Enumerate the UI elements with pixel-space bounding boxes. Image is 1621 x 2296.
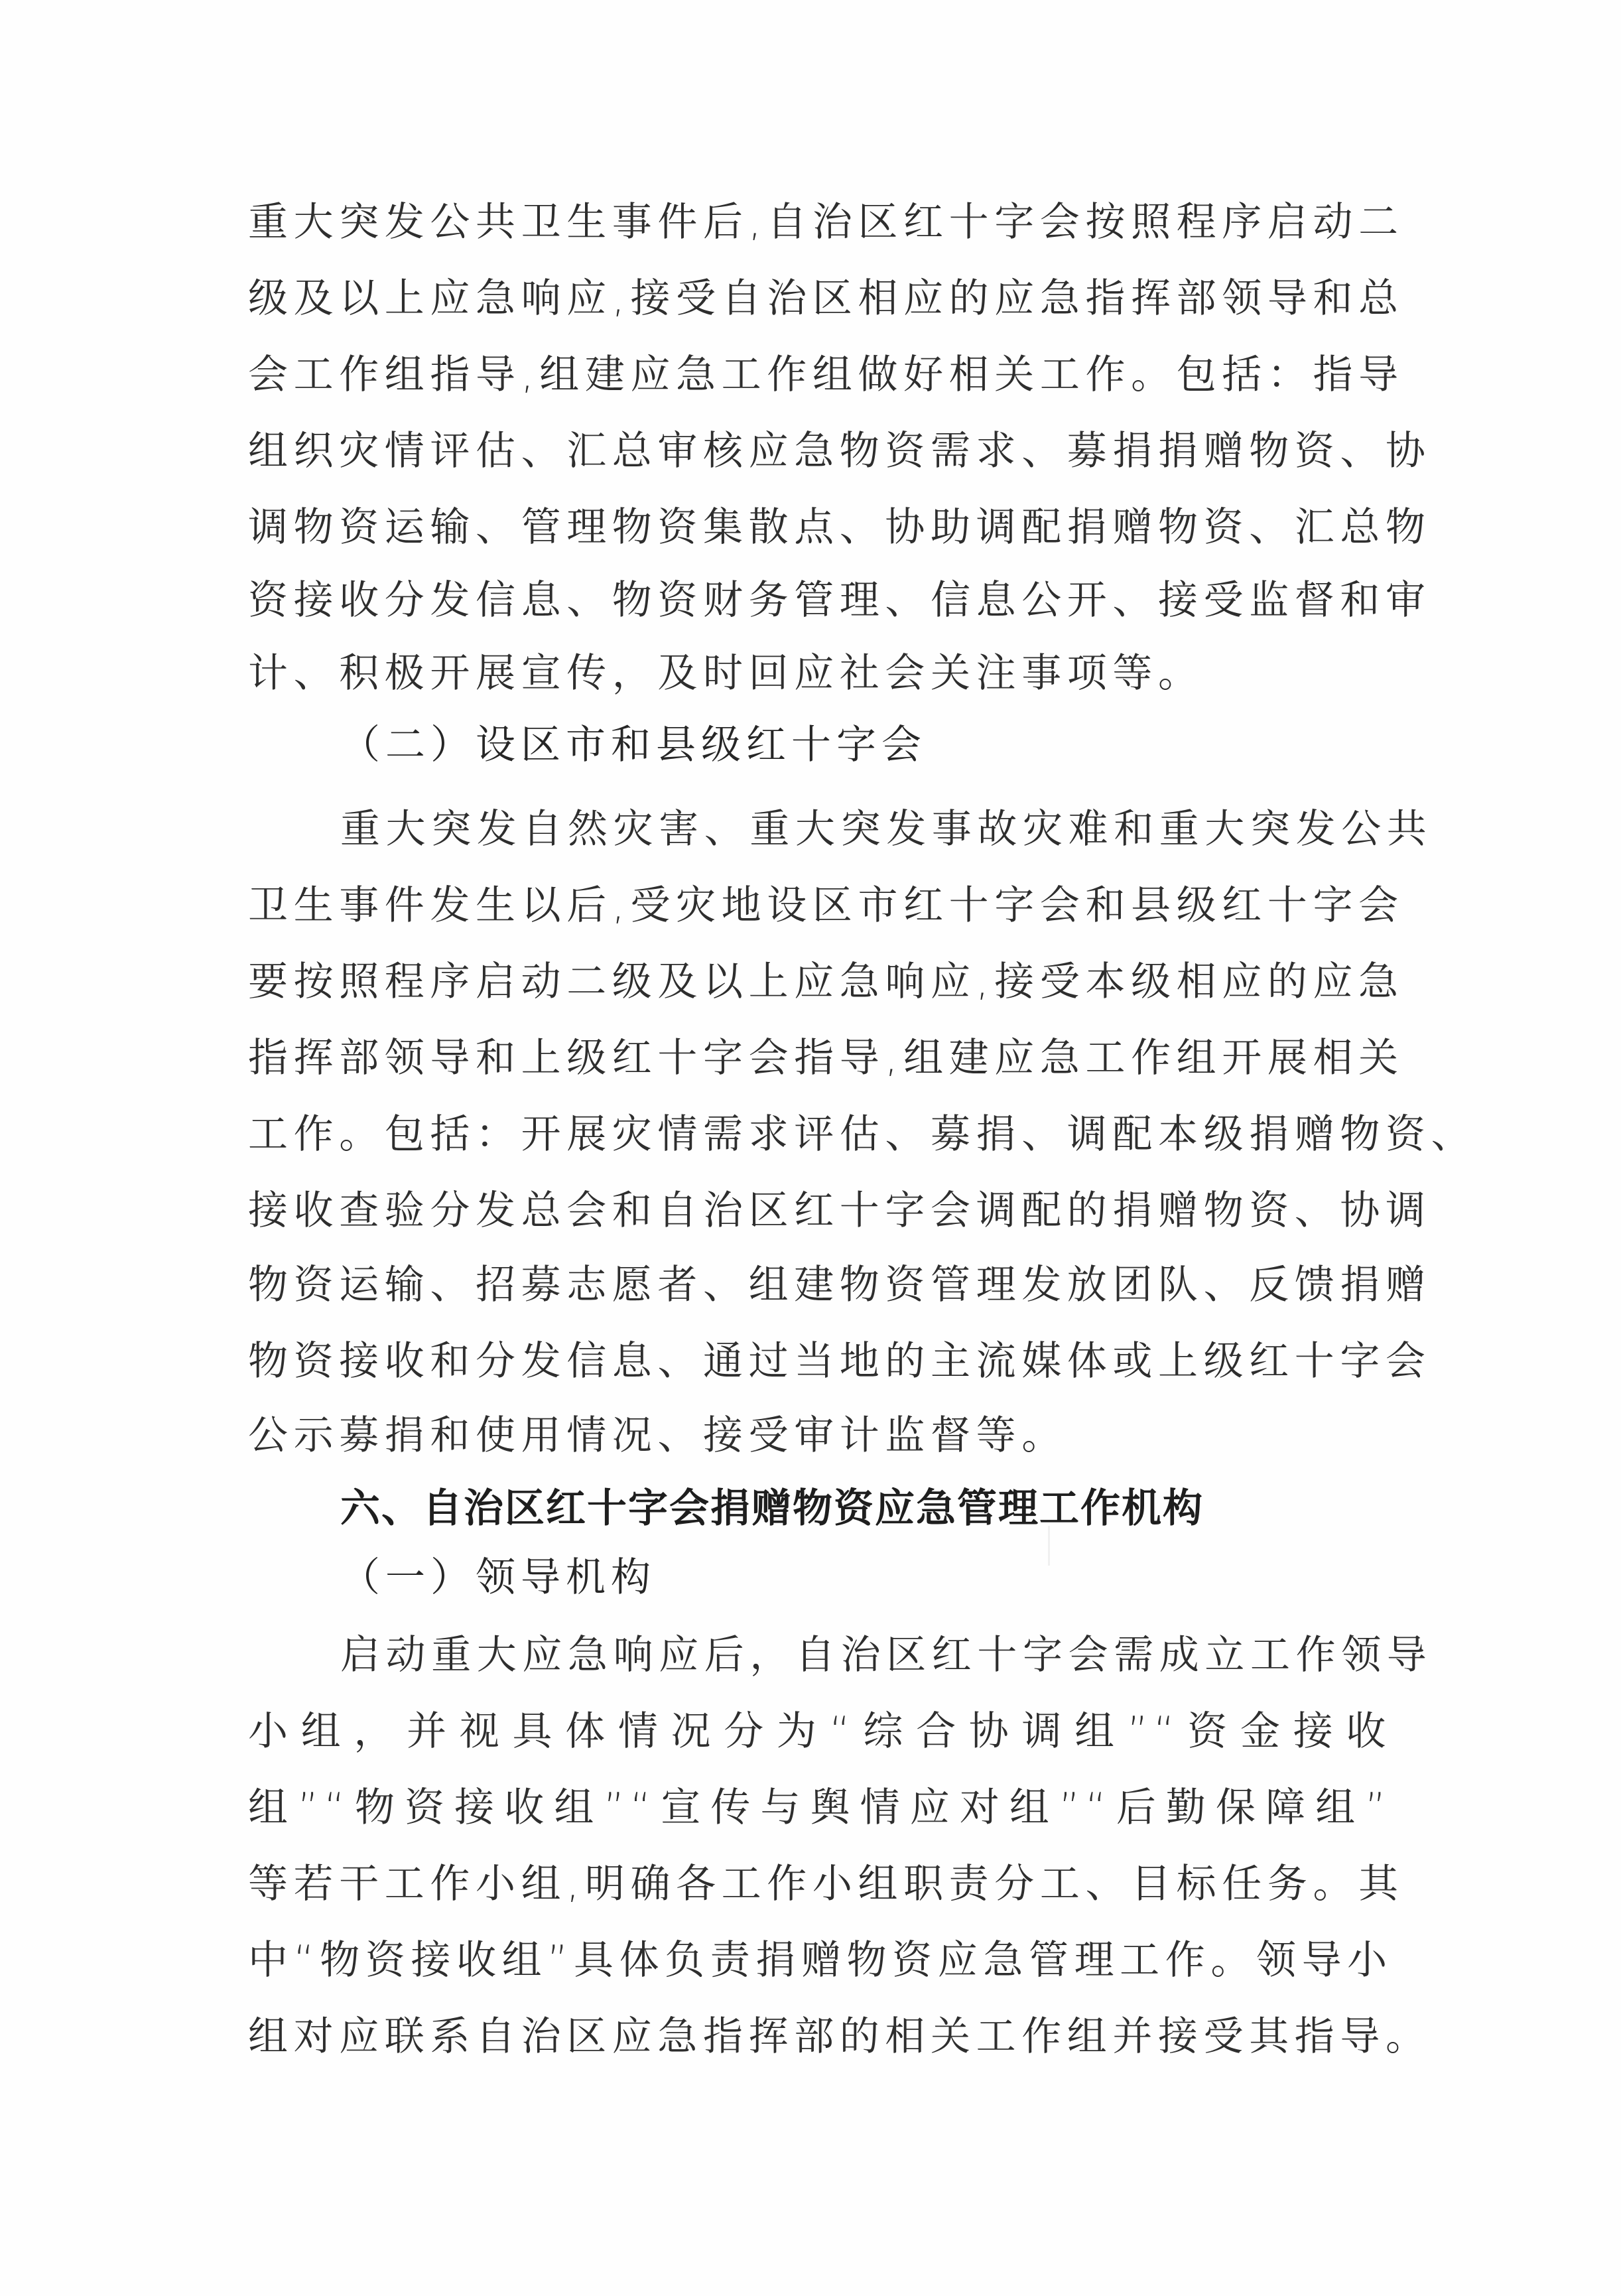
paragraph-line: 组对应联系自治区应急指挥部的相关工作组并接受其指导。 <box>248 2010 1392 2063</box>
paragraph-line: 资接收分发信息、物资财务管理、信息公开、接受监督和审 <box>248 574 1392 627</box>
paragraph-line: 计、积极开展宣传，及时回应社会关注事项等。 <box>248 647 1392 700</box>
section-heading-6: 六、自治区红十字会捐赠物资应急管理工作机构 <box>340 1481 1204 1536</box>
paragraph-line: 会工作组指导,组建应急工作组做好相关工作。包括：指导 <box>248 348 1392 401</box>
scan-artifact <box>1048 1526 1050 1566</box>
paragraph-line: 组织灾情评估、汇总审核应急物资需求、募捐捐赠物资、协 <box>248 425 1392 478</box>
paragraph-line: 中“物资接收组”具体负责捐赠物资应急管理工作。领导小 <box>248 1934 1392 1987</box>
paragraph-line: 物资运输、招募志愿者、组建物资管理发放团队、反馈捐赠 <box>248 1258 1392 1312</box>
paragraph-line: 组”“物资接收组”“宣传与舆情应对组”“后勤保障组” <box>248 1781 1392 1834</box>
paragraph-line: 启动重大应急响应后，自治区红十字会需成立工作领导 <box>340 1629 1392 1682</box>
subheading-municipal-county-red-cross: （二）设区市和县级红十字会 <box>340 718 927 772</box>
paragraph-line: 重大突发公共卫生事件后,自治区红十字会按照程序启动二 <box>248 196 1392 249</box>
paragraph-line: 指挥部领导和上级红十字会指导,组建应急工作组开展相关 <box>248 1032 1392 1085</box>
paragraph-line: 重大突发自然灾害、重大突发事故灾难和重大突发公共 <box>340 803 1392 856</box>
paragraph-line: 级及以上应急响应,接受自治区相应的应急指挥部领导和总 <box>248 272 1392 325</box>
paragraph-line: 小组，并视具体情况分为“综合协调组”“资金接收 <box>248 1705 1392 1758</box>
paragraph-line: 接收查验分发总会和自治区红十字会调配的捐赠物资、协调 <box>248 1184 1392 1237</box>
paragraph-line: 工作。包括：开展灾情需求评估、募捐、调配本级捐赠物资、 <box>248 1108 1392 1161</box>
paragraph-line: 等若干工作小组,明确各工作小组职责分工、目标任务。其 <box>248 1857 1392 1911</box>
paragraph-line: 卫生事件发生以后,受灾地设区市红十字会和县级红十字会 <box>248 879 1392 932</box>
paragraph-line: 调物资运输、管理物资集散点、协助调配捐赠物资、汇总物 <box>248 501 1392 554</box>
subheading-leadership-body: （一）领导机构 <box>340 1551 656 1604</box>
paragraph-line: 要按照程序启动二级及以上应急响应,接受本级相应的应急 <box>248 955 1392 1008</box>
paragraph-line: 公示募捐和使用情况、接受审计监督等。 <box>248 1409 1392 1462</box>
paragraph-line: 物资接收和分发信息、通过当地的主流媒体或上级红十字会 <box>248 1335 1392 1388</box>
document-page: 重大突发公共卫生事件后,自治区红十字会按照程序启动二 级及以上应急响应,接受自治… <box>0 0 1621 2296</box>
